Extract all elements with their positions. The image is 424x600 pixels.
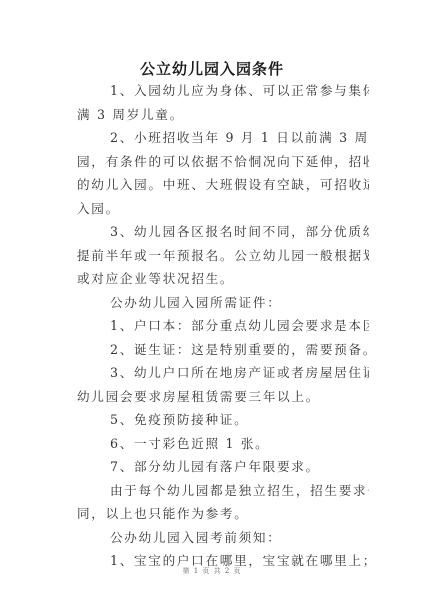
paragraph-line: 公办幼儿园入园所需证件： [110, 294, 369, 312]
paragraph-line: 幼儿园会要求房屋租赁需要三年以上。 [77, 388, 369, 406]
paragraph-line: 由于每个幼儿园都是独立招生，招生要求也略有不 [110, 482, 369, 500]
paragraph-line: 3、幼儿园各区报名时间不同，部分优质幼儿园可能 [110, 223, 369, 241]
paragraph-line: 7、部分幼儿园有落户年限要求。 [110, 458, 369, 476]
document-page: 公立幼儿园入园条件 1、入园幼儿应为身体、可以正常参与集体活动的年满 3 周岁儿… [0, 0, 424, 600]
paragraph-line: 提前半年或一年预报名。公立幼儿园一般根据划片范围招生 [77, 247, 369, 265]
paragraph-line: 的幼儿入园。中班、大班假设有空缺，可招收适龄幼儿插班 [77, 176, 369, 194]
paragraph-line: 5、免疫预防接种证。 [110, 411, 369, 429]
paragraph-line: 6、一寸彩色近照 1 张。 [110, 435, 369, 453]
paragraph-line: 1、户口本：部分重点幼儿园会要求是本区户口。 [110, 317, 369, 335]
paragraph-line: 园，有条件的可以依据不恰恫况向下延伸，招收 3 周岁以下 [77, 153, 369, 171]
paragraph-line: 2、诞生证：这是特别重要的，需要预备。 [110, 341, 369, 359]
paragraph-line: 满 3 周岁儿童。 [77, 106, 369, 124]
paragraph-line: 或对应企业等状况招生。 [77, 270, 369, 288]
paragraph-line: 公办幼儿园入园考前须知： [110, 529, 369, 547]
page-footer: 第 1 页 共 2 页 [0, 566, 424, 576]
paragraph-line: 2、小班招收当年 9 月 1 日以前满 3 周岁的幼儿入 [110, 129, 369, 147]
document-title: 公立幼儿园入园条件 [0, 58, 424, 79]
paragraph-line: 同，以上也只能作为参考。 [77, 505, 369, 523]
paragraph-line: 入园。 [77, 200, 369, 218]
paragraph-line: 1、入园幼儿应为身体、可以正常参与集体活动的年 [110, 82, 369, 100]
paragraph-line: 3、幼儿户口所在地房产证或者房屋居住证明：有些 [110, 364, 369, 382]
